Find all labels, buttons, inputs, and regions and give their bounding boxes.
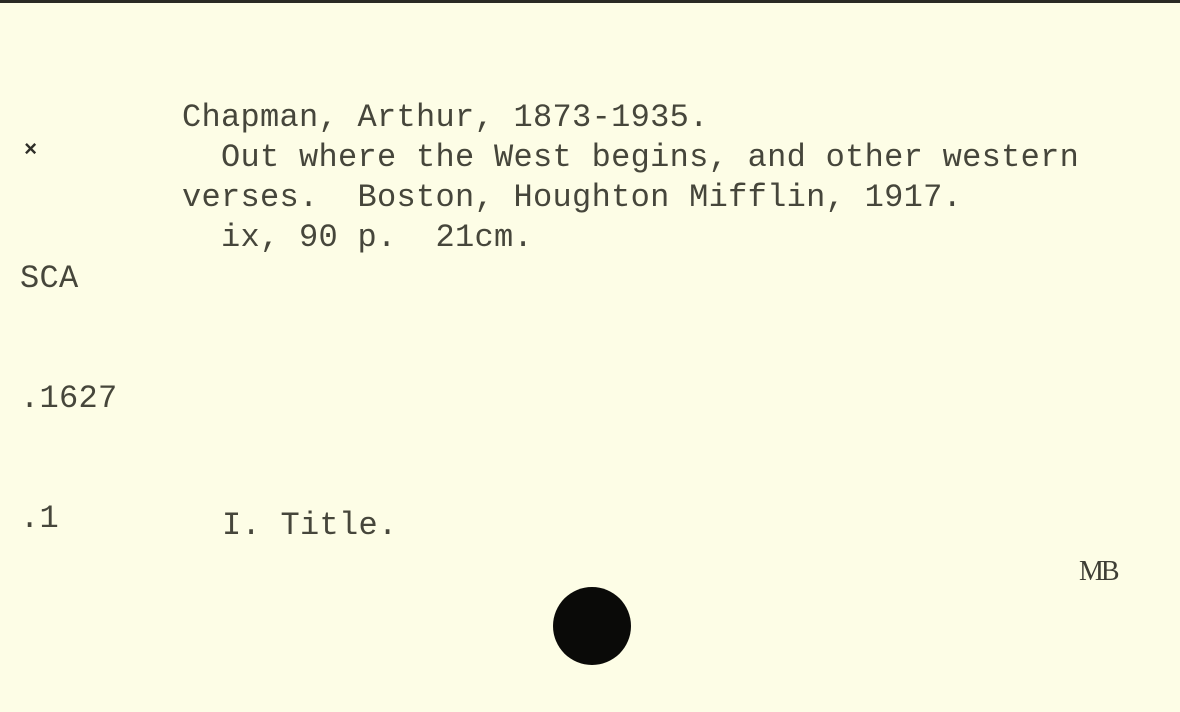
call-number-line-3: .1 [20, 499, 118, 539]
tracing: I. Title. [222, 506, 398, 546]
call-number-line-2: .1627 [20, 379, 118, 419]
title-line-1: Out where the West begins, and other wes… [182, 138, 1079, 178]
title-line-2: verses. Boston, Houghton Mifflin, 1917. [182, 178, 962, 218]
author-heading: Chapman, Arthur, 1873-1935. [182, 98, 709, 138]
collation: ix, 90 p. 21cm. [182, 218, 533, 258]
library-initials: MB [1079, 556, 1117, 588]
call-number-line-1: SCA [20, 259, 118, 299]
call-number: × SCA .1627 .1 [20, 139, 118, 619]
marker-x-icon: × [24, 131, 38, 171]
catalog-card: × SCA .1627 .1 Chapman, Arthur, 1873-193… [0, 0, 1180, 712]
punch-hole-icon [553, 587, 631, 665]
